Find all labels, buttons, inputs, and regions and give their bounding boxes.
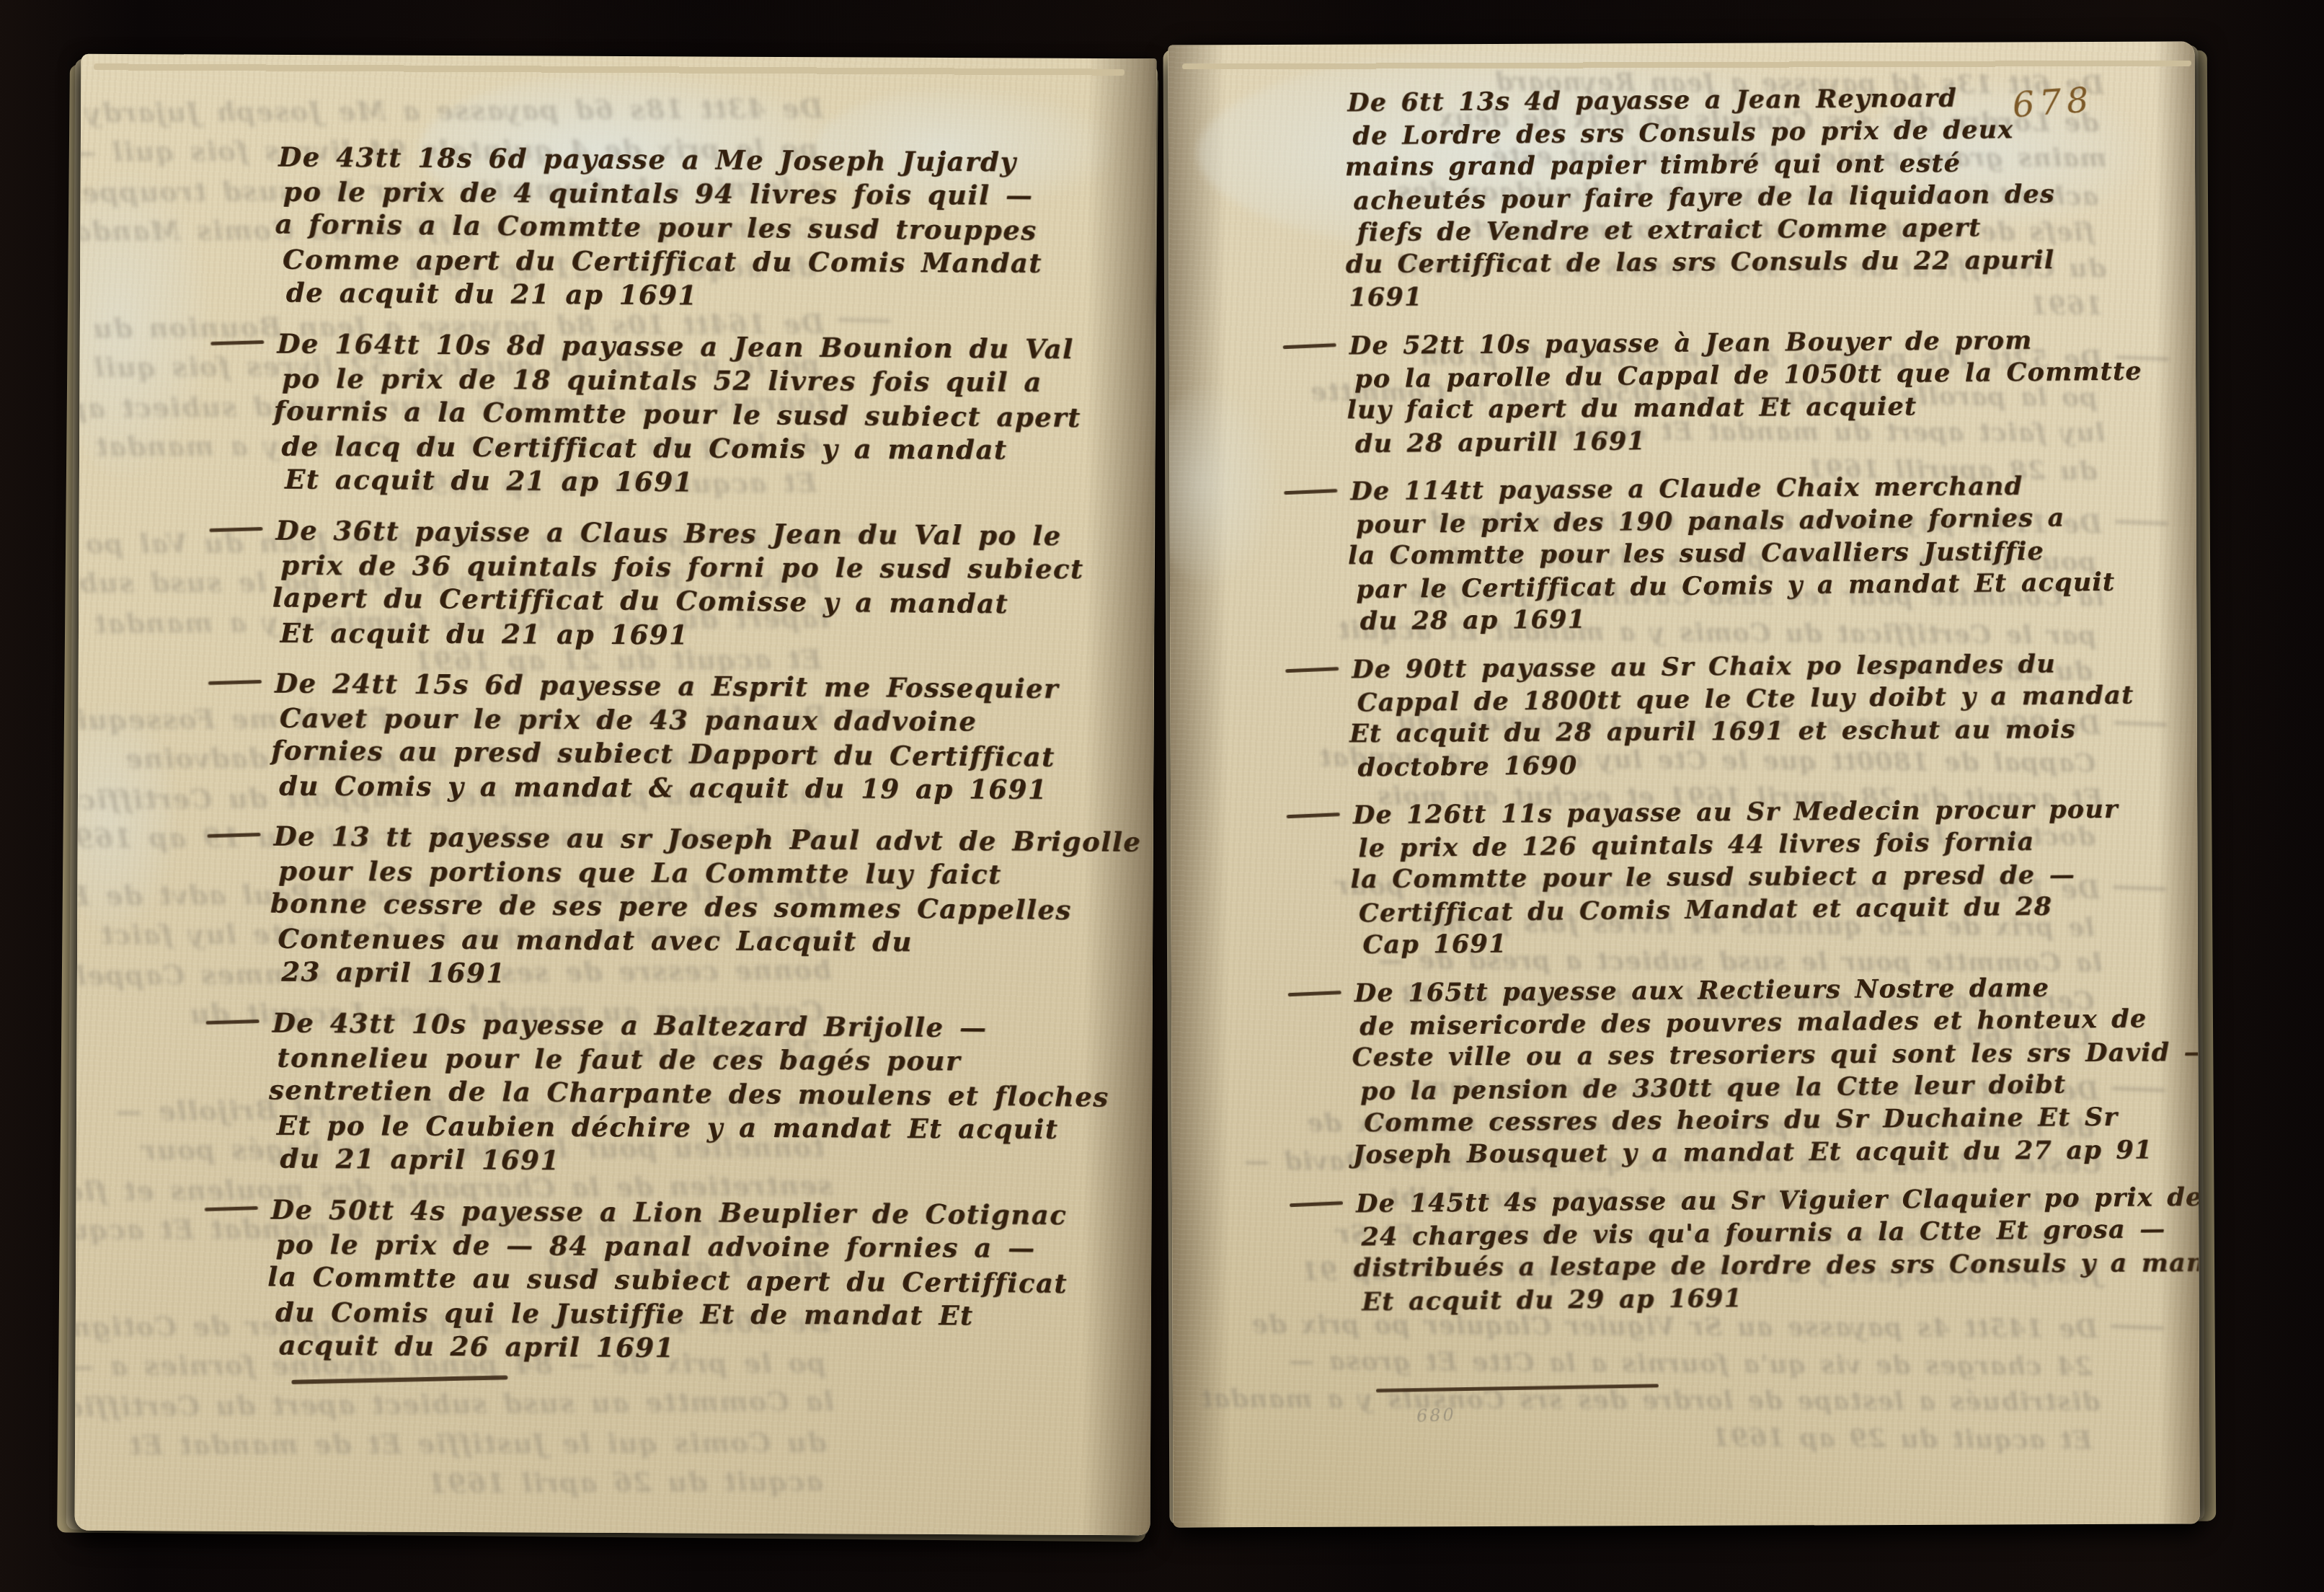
manuscript-line: fournis a la Commtte pour le susd subiec…	[273, 394, 1131, 435]
manuscript-line: po le prix de 18 quintals 52 livres fois…	[282, 362, 1140, 400]
manuscript-line: Et acquit du 29 ap 1691	[1362, 1278, 2191, 1318]
manuscript-line: de acquit du 21 ap 1691	[286, 275, 1144, 315]
paragraph-dash-mark	[1283, 343, 1336, 349]
manuscript-line: 24 charges de vis qu'a fournis a la Ctte…	[1263, 1343, 2092, 1385]
manuscript-paragraph: De 114tt payasse a Claude Chaix merchand…	[1350, 469, 2181, 637]
manuscript-line: fornies au presd subiect Dapport du Cert…	[271, 733, 1129, 774]
manuscript-line: De 43tt 18s 6d payasse a Me Joseph Jujar…	[278, 140, 1136, 180]
manuscript-line: Et po le Caubien déchire y a mandat Et a…	[277, 1109, 1135, 1147]
manuscript-line: du 28 apurill 1691	[1355, 420, 2184, 460]
paragraph-dash-mark	[207, 833, 260, 838]
manuscript-paragraph: De 90tt payasse au Sr Chaix po lespandes…	[1352, 647, 2181, 783]
manuscript-line: tonnelieu pour le faut de ces bagés pour	[277, 1041, 1135, 1079]
manuscript-line: Cavet pour le prix de 43 panaux dadvoine	[279, 702, 1137, 740]
manuscript-paragraph: De 145tt 4s payasse au Sr Viguier Claqui…	[1356, 1181, 2186, 1317]
left-page: De 43tt 18s 6d payasse a Me Joseph Jujar…	[75, 54, 1157, 1535]
stain	[75, 703, 179, 934]
manuscript-line: du Certifficat de las srs Consuls du 22 …	[1346, 243, 2175, 280]
manuscript-line: Et acquit du 21 ap 1691	[280, 616, 1137, 655]
manuscript-line: prix de 36 quintals fois forni po le sus…	[280, 549, 1138, 587]
manuscript-line: De 43tt 10s payesse a Baltezard Brijolle…	[272, 1006, 1130, 1045]
manuscript-line: po le prix de 4 quintals 94 livres fois …	[283, 175, 1141, 213]
manuscript-line: 23 april 1691	[281, 955, 1139, 994]
paragraph-dash-mark	[1287, 813, 1340, 818]
manuscript-line: De 24tt 15s 6d payesse a Esprit me Fosse…	[275, 666, 1132, 706]
manuscript-line: De 43tt 18s 6d payasse a Me Joseph Jujar…	[75, 89, 824, 133]
manuscript-line: Comme apert du Certifficat du Comis Mand…	[283, 243, 1140, 281]
manuscript-paragraph: De 13 tt payesse au sr Joseph Paul advt …	[272, 819, 1132, 994]
paragraph-dash-mark	[1288, 991, 1341, 996]
paragraph-dash-mark	[1290, 1201, 1343, 1207]
paragraph-dash-mark	[210, 340, 264, 345]
manuscript-line: fiefs de Vendre et extraict Comme apert	[1357, 210, 2186, 249]
stain	[75, 169, 210, 480]
manuscript-line: Joseph Bousquet y a mandat Et acquit du …	[1352, 1133, 2181, 1171]
manuscript-line: a fornis a la Commtte pour les susd trou…	[275, 207, 1132, 248]
manuscript-line: De 50tt 4s payesse a Lion Beuplier de Co…	[271, 1193, 1129, 1232]
manuscript-line: De 36tt payisse a Claus Bres Jean du Val…	[275, 513, 1133, 553]
manuscript-line: acquit du 26 april 1691	[278, 1328, 1136, 1368]
manuscript-line: doctobre 1690	[1357, 743, 2186, 784]
paragraph-dash-mark	[205, 1206, 258, 1211]
manuscript-line: de lacq du Certifficat du Comis y a mand…	[281, 430, 1139, 468]
paragraph-dash-mark	[209, 527, 262, 532]
manuscript-line: De 13 tt payesse au sr Joseph Paul advt …	[273, 819, 1131, 859]
closing-flourish	[1376, 1384, 1659, 1392]
manuscript-line: 1691	[1349, 275, 2178, 314]
manuscript-paragraph: De 164tt 10s 8d payasse a Jean Bounion d…	[276, 327, 1135, 502]
manuscript-line: bonne cessre de ses pere des sommes Capp…	[270, 886, 1128, 927]
manuscript-scan: De 43tt 18s 6d payasse a Me Joseph Jujar…	[0, 0, 2324, 1592]
paragraph-dash-mark	[1285, 667, 1339, 673]
manuscript-line: du Comis y a mandat & acquit du 19 ap 16…	[279, 769, 1137, 808]
manuscript-paragraph: De 50tt 4s payesse a Lion Beuplier de Co…	[270, 1193, 1129, 1368]
manuscript-line: la Commtte au susd subiect apert du Cert…	[75, 1381, 835, 1428]
manuscript-line: sentretien de la Charpante des moulens e…	[269, 1073, 1127, 1114]
manuscript-line: De 164tt 10s 8d payasse a Jean Bounion d…	[277, 327, 1135, 366]
pencil-foliation-note: 680	[1416, 1405, 1457, 1426]
manuscript-line: Comme cessres des heoirs du Sr Duchaine …	[1364, 1100, 2193, 1139]
manuscript-paragraph: De 165tt payesse aux Rectieurs Nostre da…	[1354, 970, 2185, 1172]
manuscript-text-block: De 43tt 18s 6d payasse a Me Joseph Jujar…	[270, 140, 1136, 1385]
manuscript-line: du 21 april 1691	[280, 1141, 1137, 1181]
manuscript-line: pour les portions que La Commtte luy fai…	[278, 854, 1136, 893]
manuscript-line: du Comis qui le Justiffie Et de mandat E…	[75, 1423, 827, 1466]
manuscript-line: Et acquit du 21 ap 1691	[285, 462, 1143, 502]
paragraph-dash-mark	[206, 1020, 260, 1025]
manuscript-line: du 28 ap 1691	[1360, 598, 2188, 637]
manuscript-line: Cap 1691	[1362, 922, 2191, 961]
manuscript-paragraph: De 43tt 18s 6d payasse a Me Joseph Jujar…	[278, 140, 1137, 315]
manuscript-paragraph: De 52tt 10s payasse à Jean Bouyer de pro…	[1349, 323, 2178, 459]
manuscript-line: distribués a lestape de lordre des srs C…	[1271, 1381, 2100, 1420]
manuscript-paragraph: De 43tt 10s payesse a Baltezard Brijolle…	[271, 1006, 1130, 1181]
manuscript-line: Et acquit du 29 ap 1691	[1263, 1416, 2092, 1459]
stain	[1168, 384, 1278, 586]
manuscript-line: Contenues au mandat avec Lacquit du	[278, 922, 1135, 960]
manuscript-text-block: De 6tt 13s 4d payasse a Jean Reynoardde …	[1347, 80, 2186, 1333]
manuscript-line: acquit du 26 april 1691	[75, 1461, 823, 1506]
paragraph-dash-mark	[1284, 489, 1337, 495]
manuscript-line: la Commtte au susd subiect apert du Cert…	[267, 1260, 1125, 1301]
manuscript-paragraph: De 24tt 15s 6d payesse a Esprit me Fosse…	[274, 666, 1132, 808]
manuscript-line: du Comis qui le Justiffie Et de mandat E…	[275, 1296, 1133, 1334]
manuscript-line: po le prix de — 84 panal advoine fornies…	[275, 1228, 1133, 1266]
right-page: De 6tt 13s 4d payasse a Jean Reynoardde …	[1168, 42, 2199, 1528]
manuscript-paragraph: De 36tt payisse a Claus Bres Jean du Val…	[275, 513, 1133, 655]
folio-page-number: 678	[2011, 79, 2095, 125]
manuscript-line: lapert du Certifficat du Comisse y a man…	[272, 580, 1130, 622]
paragraph-dash-mark	[208, 680, 262, 685]
manuscript-paragraph: De 126tt 11s payasse au Sr Medecin procu…	[1353, 792, 2183, 961]
